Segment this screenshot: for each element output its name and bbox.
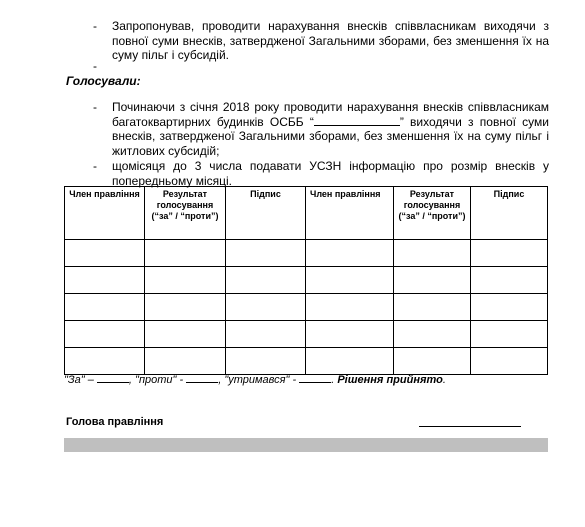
table-cell[interactable] (394, 321, 471, 348)
vote-tally: "За" – , "проти" - , "утримався" - . Ріш… (64, 373, 446, 387)
header-signature: Підпис (471, 187, 548, 240)
vote-table: Член правління Результат голосування (“з… (64, 186, 548, 375)
table-cell[interactable] (306, 294, 394, 321)
table-cell[interactable] (226, 348, 306, 375)
table-cell[interactable] (394, 240, 471, 267)
voted-heading: Голосували: (66, 74, 141, 88)
proposal-text: Запропонував, проводити нарахування внес… (112, 19, 549, 63)
table-cell[interactable] (394, 294, 471, 321)
decision-result: Рішення прийнято (337, 374, 442, 386)
bullet-dash: - (93, 19, 97, 34)
page-break-bar (64, 438, 548, 452)
header-member: Член правління (306, 187, 394, 240)
tally-punct: . (331, 374, 334, 386)
table-cell[interactable] (226, 321, 306, 348)
table-header-row: Член правління Результат голосування (“з… (65, 187, 548, 240)
table-cell[interactable] (65, 267, 145, 294)
table-cell[interactable] (65, 294, 145, 321)
tally-punct: . (443, 374, 446, 386)
table-cell[interactable] (226, 267, 306, 294)
bullet-dash: - (93, 100, 97, 115)
tally-abstain-label: , "утримався" - (218, 374, 296, 386)
decision-text-2: щомісяця до 3 числа подавати УСЗН інформ… (112, 159, 549, 188)
table-cell[interactable] (65, 348, 145, 375)
decision-text-1: Починаючи з січня 2018 року проводити на… (112, 100, 549, 158)
header-vote-result: Результат голосування (“за” / “проти”) (394, 187, 471, 240)
chair-label: Голова правління (66, 416, 163, 429)
tally-for-label: "За" – (64, 374, 94, 386)
against-count-blank (186, 373, 218, 383)
table-row (65, 348, 548, 375)
table-cell[interactable] (306, 267, 394, 294)
table-cell[interactable] (65, 240, 145, 267)
bullet-dash: - (93, 159, 97, 174)
table-cell[interactable] (145, 240, 226, 267)
header-signature: Підпис (226, 187, 306, 240)
table-row (65, 240, 548, 267)
table-row (65, 294, 548, 321)
table-cell[interactable] (226, 240, 306, 267)
table-cell[interactable] (471, 348, 548, 375)
empty-bullet: - (93, 59, 97, 73)
table-cell[interactable] (471, 294, 548, 321)
table-cell[interactable] (226, 294, 306, 321)
header-member: Член правління (65, 187, 145, 240)
table-cell[interactable] (394, 348, 471, 375)
table-cell[interactable] (145, 294, 226, 321)
table-row (65, 267, 548, 294)
tally-against-label: , "проти" - (129, 374, 183, 386)
table-cell[interactable] (471, 267, 548, 294)
table-row (65, 321, 548, 348)
table-cell[interactable] (145, 267, 226, 294)
table-cell[interactable] (306, 240, 394, 267)
table-cell[interactable] (145, 321, 226, 348)
osbb-name-blank (314, 115, 400, 126)
table-cell[interactable] (145, 348, 226, 375)
table-cell[interactable] (306, 348, 394, 375)
table-cell[interactable] (65, 321, 145, 348)
table-cell[interactable] (471, 321, 548, 348)
table-cell[interactable] (394, 267, 471, 294)
for-count-blank (97, 373, 129, 383)
table-cell[interactable] (471, 240, 548, 267)
header-vote-result: Результат голосування (“за” / “проти”) (145, 187, 226, 240)
signature-line (419, 426, 521, 427)
abstain-count-blank (299, 373, 331, 383)
table-cell[interactable] (306, 321, 394, 348)
